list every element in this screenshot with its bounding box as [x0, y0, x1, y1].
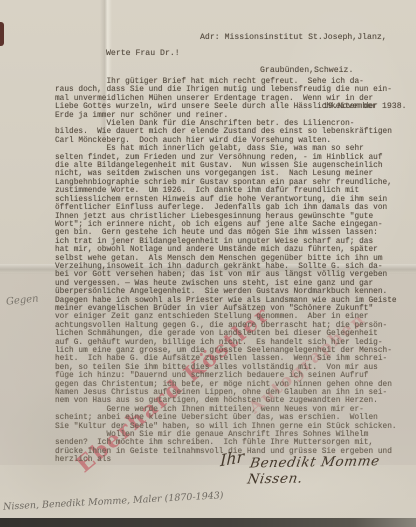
- letterhead-address-line2: Graubünden,Schweiz.: [260, 65, 407, 76]
- typed-line: ich trat in jener Bildangelegenheit in u…: [55, 238, 397, 246]
- typed-line: gen bin. Gern gestehe ich heute und das …: [55, 229, 397, 237]
- typed-line: nicht, was seitdem zwischen uns vorgegan…: [55, 170, 397, 178]
- signature-prefix: Ihr: [220, 447, 245, 471]
- letter-body: Ihr gütiger Brief hat mich recht gefreut…: [55, 78, 397, 465]
- typed-line: lichen Schmähungen, die gerade von Lands…: [55, 330, 397, 338]
- typed-line: überpersönliche Angelegenheit. Sie werde…: [55, 288, 397, 296]
- typed-line: raus doch, dass Sie und die Ihrigen muti…: [55, 86, 397, 94]
- typed-line: füge ich hinzu: "Dauernd und schmerzlich…: [55, 372, 397, 380]
- scan-edge-bottom: [0, 518, 416, 527]
- typed-line: und vergessen. — Was heute zwischen uns …: [55, 280, 397, 288]
- typed-line: bildes. Wie dauert mich der elende Zusta…: [55, 128, 397, 136]
- typed-line: Erde ja immer nur schöner und reiner.: [55, 112, 397, 120]
- typed-line: Dagegen habe ich sowohl als Priester wie…: [55, 297, 397, 305]
- typed-line: Es hat mich innerlich gelabt, dass Sie, …: [55, 145, 397, 153]
- typed-line: selten findet, zum Frieden und zur Versö…: [55, 154, 397, 162]
- typed-line: senden? Ich möchte ihm schreiben. Ich fü…: [55, 439, 397, 447]
- typed-line: scheint; anbei eine kleine Uebersicht üb…: [55, 414, 397, 422]
- typed-line: selbst wehe getan. Als Mensch dem Mensch…: [55, 255, 397, 263]
- letterhead-address-line1: Adr: Missionsinstitut St.Joseph,Jlanz,: [200, 32, 407, 43]
- typed-line: gegen das Christentum; ich bete, er möge…: [55, 381, 397, 389]
- typed-line: achtungsvollen Haltung gegen G., die and…: [55, 322, 397, 330]
- typed-line: heit. Ich habe G. die Aufsätze zustellen…: [55, 355, 397, 363]
- typed-line: hat mir, obwohl Notlage und andere Umstä…: [55, 246, 397, 254]
- typed-line: ben, so teilen Sie ihm bitte dies alles …: [55, 364, 397, 372]
- letter-page: Eberhard Köstler Autographen Adr: Missio…: [0, 0, 416, 527]
- typed-line: auf G. gehäuft wurden, billige ich nicht…: [55, 339, 397, 347]
- typed-line: Liebe Gottes wurzeln, wird unsere Seele …: [55, 103, 397, 111]
- typed-line: mal unvermeidlichen Mühen unserer Erdent…: [55, 95, 397, 103]
- typed-line: Sie "Kultur der Seele" haben, so will ic…: [55, 423, 397, 431]
- typed-line: vor einiger Zeit ganz entschieden Stellu…: [55, 313, 397, 321]
- typed-line: Ihnen jetzt aus christlicher Liebesgesin…: [55, 213, 397, 221]
- typed-line: zustimmende Worte. Um 1926. Ich dankte i…: [55, 187, 397, 195]
- edge-mark: [0, 22, 4, 46]
- typed-line: Gerne werde ich Ihnen mitteilen, wenn Ne…: [55, 406, 397, 414]
- typed-line: Carl Mönckeberg. Doch auch hier wird die…: [55, 137, 397, 145]
- typed-line: nem von Haus aus so gutartigen, dem höch…: [55, 397, 397, 405]
- signature-name: Benedikt Momme Nissen.: [246, 453, 416, 488]
- typed-line: öffentlicher Einfluss auferlege. Jedenfa…: [55, 204, 397, 212]
- typed-line: schliesslichem ernsten Hinweis auf die h…: [55, 196, 397, 204]
- typed-line: bei vor Gott versehen haben; das ist von…: [55, 271, 397, 279]
- catalog-annotation: Nissen, Benedikt Momme, Maler (1870-1943…: [3, 490, 224, 513]
- salutation: Werte Frau Dr.!: [106, 49, 180, 58]
